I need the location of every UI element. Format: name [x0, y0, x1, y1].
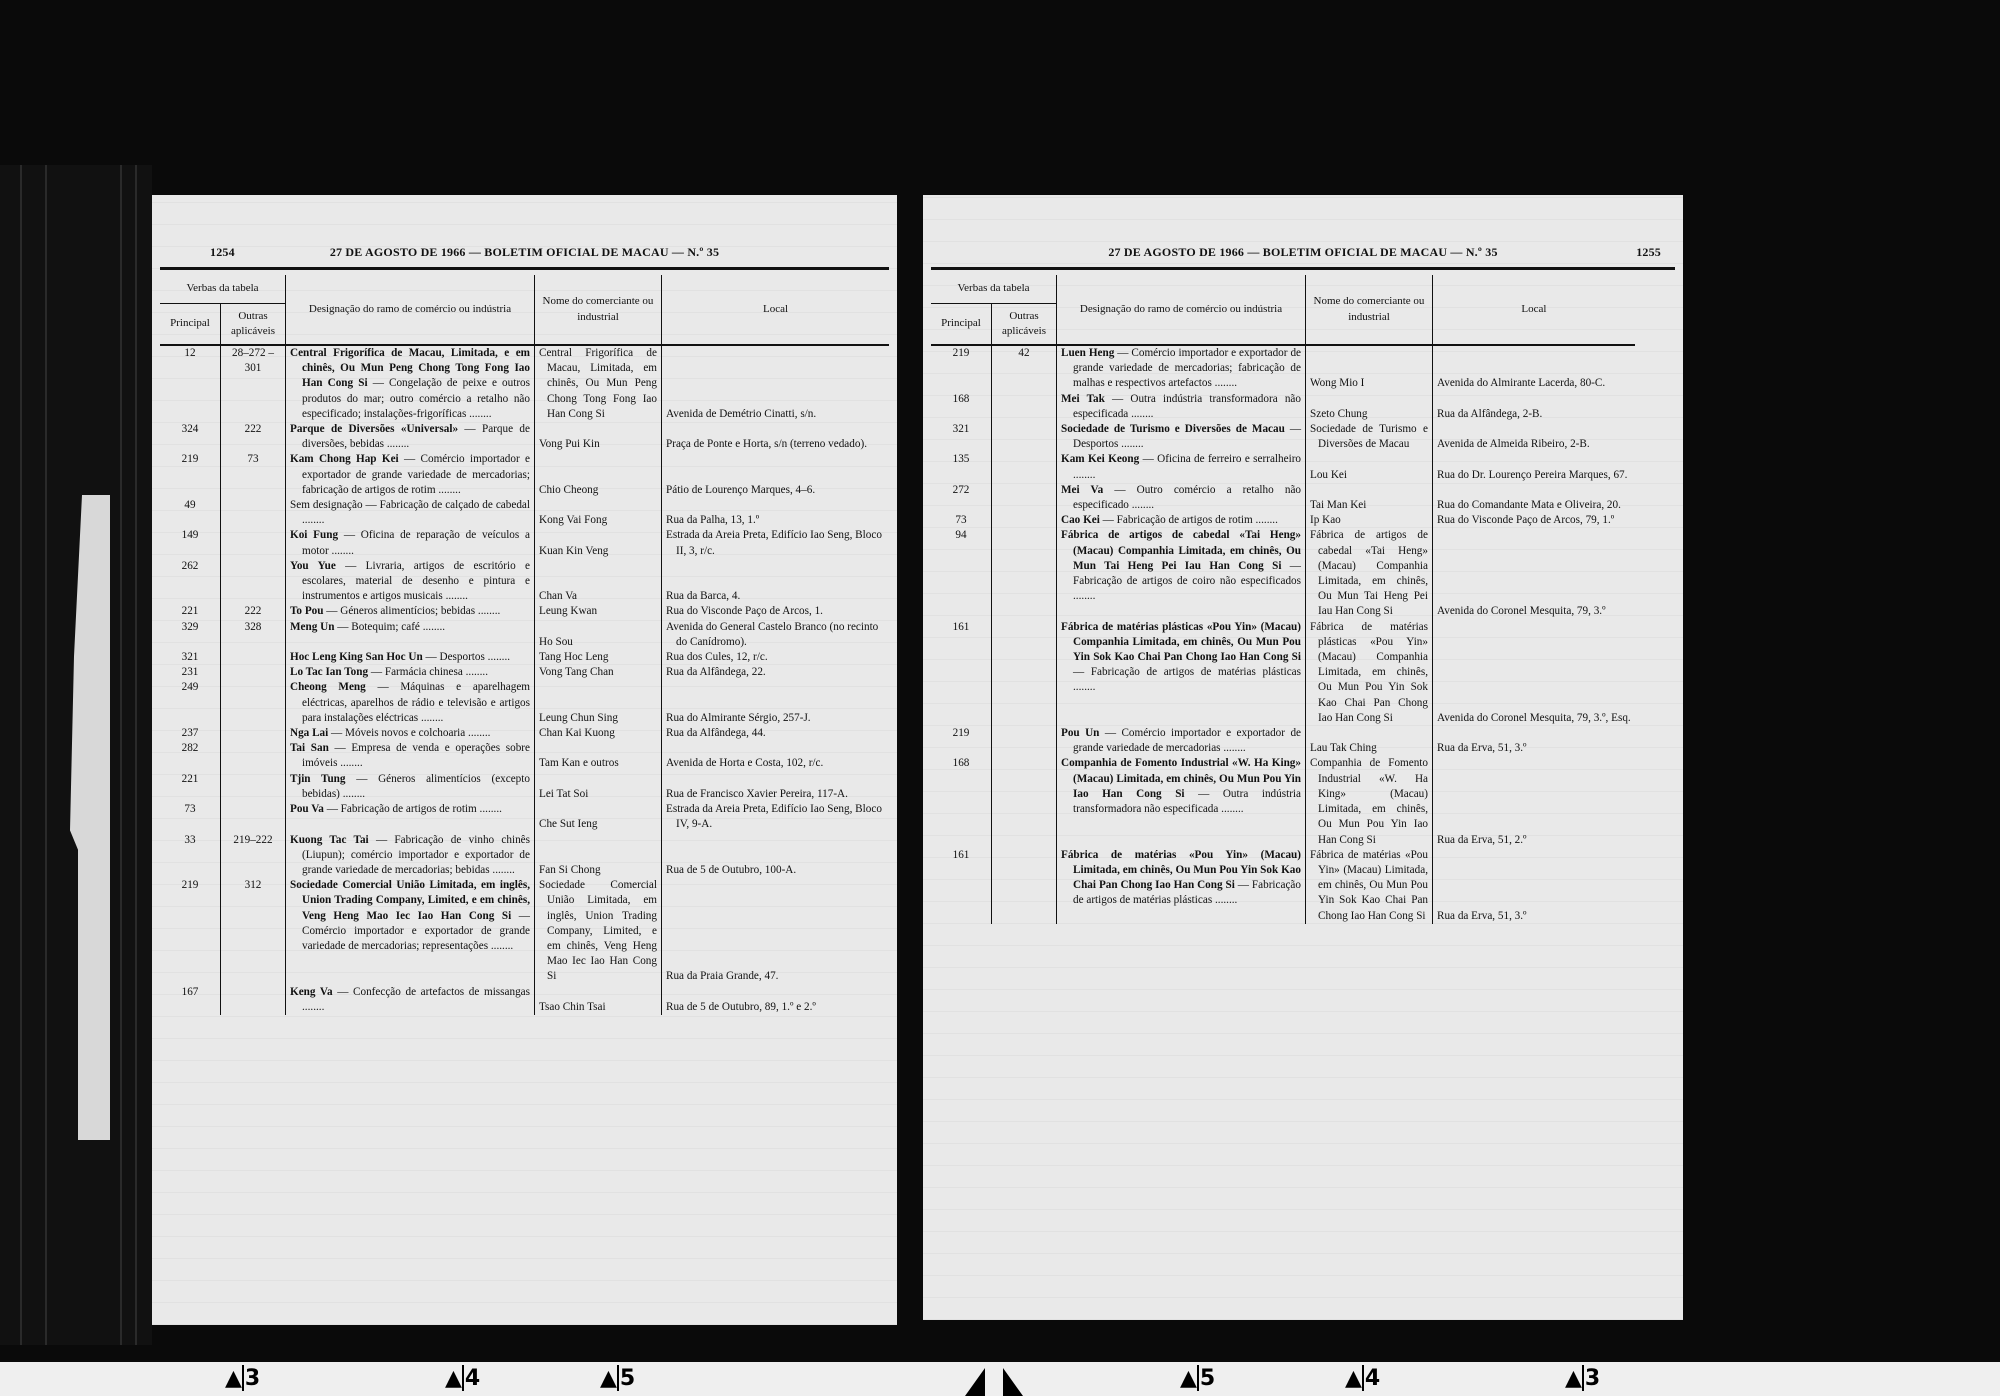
designacao-entry: Cao Kei — Fabricação de artigos de rotim…	[1061, 513, 1301, 528]
business-name: Sociedade Comercial União Limitada, em i…	[290, 879, 530, 921]
frame-marker: ▲5	[600, 1365, 635, 1391]
table-row: 237Nga Lai — Móveis novos e colchoaria .…	[160, 726, 889, 741]
verba-principal: 219	[935, 346, 987, 361]
frame-marker: ▲4	[445, 1365, 480, 1391]
col-outras: Outras aplicáveis	[992, 303, 1057, 345]
location: Rua da Praia Grande, 47.	[666, 969, 885, 984]
verba-principal: 168	[935, 756, 987, 771]
proprietor-name: Vong Pui Kin	[539, 437, 657, 452]
proprietor-name: Fábrica de matérias «Pou Yin» (Macau) Li…	[1310, 848, 1428, 924]
proprietor-name: Chan Kai Kuong	[539, 726, 657, 741]
table-row: 21942Luen Heng — Comércio importador e e…	[931, 345, 1635, 392]
table-row: 168Companhia de Fomento Industrial «W. H…	[931, 756, 1635, 847]
verba-principal: 161	[935, 620, 987, 635]
verba-principal: 12	[164, 346, 216, 361]
col-group-verbas: Verbas da tabela	[160, 275, 286, 303]
proprietor-name: Ho Sou	[539, 635, 657, 650]
verba-principal: 219	[164, 452, 216, 467]
business-name: Cao Kei	[1061, 514, 1100, 526]
table-row: 219312Sociedade Comercial União Limitada…	[160, 878, 889, 984]
verba-principal: 221	[164, 604, 216, 619]
verba-outras: 28–272 –301	[225, 346, 281, 376]
business-activity: — Livraria, artigos de escritório e esco…	[302, 560, 530, 602]
business-activity: — Desportos	[423, 651, 485, 663]
location: Estrada da Areia Preta, Edifício Iao Sen…	[666, 528, 885, 558]
business-activity: — Fabricação de artigos de rotim	[1100, 514, 1253, 526]
location: Avenida de Horta e Costa, 102, r/c.	[666, 756, 885, 771]
designacao-entry: You Yue — Livraria, artigos de escritóri…	[290, 559, 530, 605]
col-outras: Outras aplicáveis	[221, 303, 286, 345]
business-activity: — Confecção de artefactos de missangas	[333, 986, 530, 998]
table-row: 135Kam Kei Keong — Oficina de ferreiro e…	[931, 452, 1635, 482]
proprietor-name: Companhia de Fomento Industrial «W. Ha K…	[1310, 756, 1428, 847]
location: Rua da Barca, 4.	[666, 589, 885, 604]
business-name: Kuong Tac Tai	[290, 834, 369, 846]
business-activity: — Fabricação de artigos de rotim	[324, 803, 477, 815]
location: Rua da Palha, 13, 1.º	[666, 513, 885, 528]
proprietor-name: Kong Vai Fong	[539, 513, 657, 528]
business-activity: — Farmácia chinesa	[368, 666, 463, 678]
verba-outras: 42	[996, 346, 1052, 361]
verba-principal: 149	[164, 528, 216, 543]
proprietor-name: Vong Tang Chan	[539, 665, 657, 680]
designacao-entry: Parque de Diversões «Universal» — Parque…	[290, 422, 530, 452]
business-name: You Yue	[290, 560, 336, 572]
running-head-title: 27 DE AGOSTO DE 1966 — BOLETIM OFICIAL D…	[923, 245, 1683, 260]
verba-principal: 94	[935, 528, 987, 543]
location: Rua do Comandante Mata e Oliveira, 20.	[1437, 498, 1631, 513]
table-row: 219Pou Un — Comércio importador e export…	[931, 726, 1635, 756]
verba-principal: 237	[164, 726, 216, 741]
business-name: Kam Chong Hap Kei	[290, 453, 399, 465]
verba-outras: 222	[225, 422, 281, 437]
business-activity: — Fabricação de artigos de matérias plás…	[1073, 666, 1301, 678]
location: Rua dos Cules, 12, r/c.	[666, 650, 885, 665]
business-name: Kam Kei Keong	[1061, 453, 1139, 465]
proprietor-name: Chio Cheong	[539, 483, 657, 498]
business-activity: — Oficina de ferreiro e serralheiro	[1139, 453, 1301, 465]
proprietor-name: Leung Kwan	[539, 604, 657, 619]
frame-marker: ▲5	[1180, 1365, 1215, 1391]
designacao-entry: Pou Un — Comércio importador e exportado…	[1061, 726, 1301, 756]
verba-principal: 168	[935, 392, 987, 407]
proprietor-name: Sociedade Comercial União Limitada, em i…	[539, 878, 657, 984]
table-row: 282Tai San — Empresa de venda e operaçõe…	[160, 741, 889, 771]
business-name: Tjin Tung	[290, 773, 346, 785]
frame-marker: ▲4	[1345, 1365, 1380, 1391]
business-name: Fábrica de matérias plásticas «Pou Yin» …	[1061, 621, 1301, 663]
table-row: 221Tjin Tung — Géneros alimentícios (exc…	[160, 772, 889, 802]
verba-principal: 33	[164, 833, 216, 848]
table-row: 321Sociedade de Turismo e Diversões de M…	[931, 422, 1635, 452]
verba-principal: 49	[164, 498, 216, 513]
designacao-entry: Kuong Tac Tai — Fabricação de vinho chin…	[290, 833, 530, 879]
verba-outras: 219–222	[225, 833, 281, 848]
header-rule	[160, 267, 889, 270]
location: Rua do Almirante Sérgio, 257-J.	[666, 711, 885, 726]
proprietor-name: Lou Kei	[1310, 468, 1428, 483]
business-name: Lo Tac Ian Tong	[290, 666, 368, 678]
location: Avenida do Coronel Mesquita, 79, 3.º, Es…	[1437, 711, 1631, 726]
business-activity: — Móveis novos e colchoaria	[328, 727, 465, 739]
col-designacao: Designação do ramo de comércio ou indúst…	[1057, 275, 1306, 345]
proprietor-name: Ip Kao	[1310, 513, 1428, 528]
col-nome: Nome do comerciante ou industrial	[535, 275, 662, 345]
business-activity: — Botequim; café	[334, 621, 419, 633]
designacao-entry: Sem designação — Fabricação de calçado d…	[290, 498, 530, 528]
film-strip-bottom	[0, 1362, 2000, 1396]
designacao-entry: Hoc Leng King San Hoc Un — Desportos ...…	[290, 650, 530, 665]
proprietor-name: Tai Man Kei	[1310, 498, 1428, 513]
designacao-entry: Kam Chong Hap Kei — Comércio importador …	[290, 452, 530, 498]
proprietor-name: Fábrica de matérias plásticas «Pou Yin» …	[1310, 620, 1428, 726]
designacao-entry: Meng Un — Botequim; café ........	[290, 620, 530, 635]
table-row: 168Mei Tak — Outra indústria transformad…	[931, 392, 1635, 422]
verba-principal: 321	[935, 422, 987, 437]
location: Rua da Erva, 51, 3.º	[1437, 909, 1631, 924]
col-principal: Principal	[160, 303, 221, 345]
location: Rua de 5 de Outubro, 89, 1.º e 2.º	[666, 1000, 885, 1015]
table-row: 329328Meng Un — Botequim; café ........H…	[160, 620, 889, 650]
center-triangle-left	[965, 1368, 985, 1396]
business-name: Koi Fung	[290, 529, 338, 541]
designacao-entry: Cheong Meng — Máquinas e aparelhagem elé…	[290, 680, 530, 726]
running-head: 1254 27 DE AGOSTO DE 1966 — BOLETIM OFIC…	[152, 245, 897, 265]
designacao-entry: Fábrica de matérias «Pou Yin» (Macau) Li…	[1061, 848, 1301, 909]
business-name: Keng Va	[290, 986, 333, 998]
running-head: 27 DE AGOSTO DE 1966 — BOLETIM OFICIAL D…	[923, 245, 1683, 265]
film-edge-left	[0, 165, 152, 1345]
verba-principal: 329	[164, 620, 216, 635]
business-name: Meng Un	[290, 621, 334, 633]
table-row: 149Koi Fung — Oficina de reparação de ve…	[160, 528, 889, 558]
verba-principal: 135	[935, 452, 987, 467]
business-name: Hoc Leng King San Hoc Un	[290, 651, 423, 663]
designacao-entry: Sociedade de Turismo e Diversões de Maca…	[1061, 422, 1301, 452]
business-name: Tai San	[290, 742, 329, 754]
proprietor-name: Tam Kan e outros	[539, 756, 657, 771]
location: Estrada da Areia Preta, Edifício Iao Sen…	[666, 802, 885, 832]
frame-marker: ▲3	[1565, 1365, 1600, 1391]
location: Rua da Alfândega, 2-B.	[1437, 407, 1631, 422]
verba-principal: 324	[164, 422, 216, 437]
proprietor-name: Kuan Kin Veng	[539, 544, 657, 559]
table-row: 167Keng Va — Confecção de artefactos de …	[160, 985, 889, 1015]
table-row: 33219–222Kuong Tac Tai — Fabricação de v…	[160, 833, 889, 879]
designacao-entry: Sociedade Comercial União Limitada, em i…	[290, 878, 530, 954]
designacao-entry: Kam Kei Keong — Oficina de ferreiro e se…	[1061, 452, 1301, 482]
col-local: Local	[1433, 275, 1635, 345]
designacao-entry: Lo Tac Ian Tong — Farmácia chinesa .....…	[290, 665, 530, 680]
business-name: To Pou	[290, 605, 323, 617]
location: Avenida do Coronel Mesquita, 79, 3.º	[1437, 604, 1631, 619]
business-activity: — Empresa de venda e operações sobre imó…	[302, 742, 530, 769]
business-activity: — Géneros alimentícios; bebidas	[323, 605, 475, 617]
location: Avenida de Almeida Ribeiro, 2-B.	[1437, 437, 1631, 452]
table-row: 49Sem designação — Fabricação de calçado…	[160, 498, 889, 528]
designacao-entry: Fábrica de matérias plásticas «Pou Yin» …	[1061, 620, 1301, 696]
verba-principal: 262	[164, 559, 216, 574]
designacao-entry: Mei Va — Outro comércio a retalho não es…	[1061, 483, 1301, 513]
table-row: 249Cheong Meng — Máquinas e aparelhagem …	[160, 680, 889, 726]
table-row: 73Cao Kei — Fabricação de artigos de rot…	[931, 513, 1635, 528]
designacao-entry: Tai San — Empresa de venda e operações s…	[290, 741, 530, 771]
verba-outras: 73	[225, 452, 281, 467]
proprietor-name: Tsao Chin Tsai	[539, 1000, 657, 1015]
designacao-entry: Central Frigorífica de Macau, Limitada, …	[290, 346, 530, 422]
verba-principal: 219	[164, 878, 216, 893]
page-number: 1255	[1636, 245, 1661, 260]
location: Avenida do General Castelo Branco (no re…	[666, 620, 885, 650]
designacao-entry: Nga Lai — Móveis novos e colchoaria ....…	[290, 726, 530, 741]
verba-principal: 282	[164, 741, 216, 756]
location: Rua da Alfândega, 44.	[666, 726, 885, 741]
col-designacao: Designação do ramo de comércio ou indúst…	[286, 275, 535, 345]
location: Avenida do Almirante Lacerda, 80-C.	[1437, 376, 1631, 391]
location: Pátio de Lourenço Marques, 4–6.	[666, 483, 885, 498]
location: Rua da Alfândega, 22.	[666, 665, 885, 680]
designacao-entry: Pou Va — Fabricação de artigos de rotim …	[290, 802, 530, 817]
location: Rua do Visconde Paço de Arcos, 79, 1.º	[1437, 513, 1631, 528]
location: Rua do Visconde Paço de Arcos, 1.	[666, 604, 885, 619]
business-name: Parque de Diversões «Universal»	[290, 423, 458, 435]
designacao-entry: Luen Heng — Comércio importador e export…	[1061, 346, 1301, 392]
designacao-entry: Koi Fung — Oficina de reparação de veícu…	[290, 528, 530, 558]
header-rule	[931, 267, 1675, 270]
business-activity: — Outra indústria transformadora não esp…	[1073, 393, 1301, 420]
business-name: Pou Un	[1061, 727, 1099, 739]
designacao-entry: Keng Va — Confecção de artefactos de mis…	[290, 985, 530, 1015]
verba-principal: 321	[164, 650, 216, 665]
verba-principal: 249	[164, 680, 216, 695]
col-principal: Principal	[931, 303, 992, 345]
business-name: Fábrica de artigos de cabedal «Tai Heng»…	[1061, 529, 1301, 571]
verba-principal: 73	[935, 513, 987, 528]
table-row: 161Fábrica de matérias «Pou Yin» (Macau)…	[931, 848, 1635, 924]
business-activity: Sem designação — Fabricação de calçado d…	[290, 499, 530, 511]
proprietor-name: Fan Si Chong	[539, 863, 657, 878]
verba-principal: 219	[935, 726, 987, 741]
verba-principal: 221	[164, 772, 216, 787]
table-row: 324222Parque de Diversões «Universal» — …	[160, 422, 889, 452]
verba-outras: 312	[225, 878, 281, 893]
business-name: Sociedade de Turismo e Diversões de Maca…	[1061, 423, 1285, 435]
verba-principal: 73	[164, 802, 216, 817]
table-row: 94Fábrica de artigos de cabedal «Tai Hen…	[931, 528, 1635, 619]
business-name: Mei Tak	[1061, 393, 1105, 405]
business-activity: — Comércio importador e exportador de gr…	[1073, 727, 1301, 754]
designacao-entry: Companhia de Fomento Industrial «W. Ha K…	[1061, 756, 1301, 817]
table-row: 1228–272 –301Central Frigorífica de Maca…	[160, 345, 889, 422]
verba-principal: 231	[164, 665, 216, 680]
proprietor-name: Wong Mio I	[1310, 376, 1428, 391]
table-row: 231Lo Tac Ian Tong — Farmácia chinesa ..…	[160, 665, 889, 680]
table-row: 221222To Pou — Géneros alimentícios; beb…	[160, 604, 889, 619]
table-row: 161Fábrica de matérias plásticas «Pou Yi…	[931, 620, 1635, 726]
business-name: Nga Lai	[290, 727, 328, 739]
film-tab	[70, 495, 110, 1140]
table-row: 21973Kam Chong Hap Kei — Comércio import…	[160, 452, 889, 498]
proprietor-name: Lau Tak Ching	[1310, 741, 1428, 756]
location: Rua da Erva, 51, 3.º	[1437, 741, 1631, 756]
proprietor-name: Leung Chun Sing	[539, 711, 657, 726]
frame-marker: ▲3	[225, 1365, 260, 1391]
table-row: 262You Yue — Livraria, artigos de escrit…	[160, 559, 889, 605]
location: Praça de Ponte e Horta, s/n (terreno ved…	[666, 437, 885, 452]
proprietor-name: Lei Tat Soi	[539, 787, 657, 802]
location: Avenida de Demétrio Cinatti, s/n.	[666, 407, 885, 422]
ledger-table: Verbas da tabela Designação do ramo de c…	[931, 275, 1635, 924]
proprietor-name: Chan Va	[539, 589, 657, 604]
col-nome: Nome do comerciante ou industrial	[1306, 275, 1433, 345]
designacao-entry: To Pou — Géneros alimentícios; bebidas .…	[290, 604, 530, 619]
business-name: Mei Va	[1061, 484, 1103, 496]
col-local: Local	[662, 275, 890, 345]
location: Rua do Dr. Lourenço Pereira Marques, 67.	[1437, 468, 1631, 483]
designacao-entry: Tjin Tung — Géneros alimentícios (except…	[290, 772, 530, 802]
proprietor-name: Fábrica de artigos de cabedal «Tai Heng»…	[1310, 528, 1428, 619]
verba-principal: 167	[164, 985, 216, 1000]
designacao-entry: Fábrica de artigos de cabedal «Tai Heng»…	[1061, 528, 1301, 604]
location: Rua de Francisco Xavier Pereira, 117-A.	[666, 787, 885, 802]
business-activity: — Outro comércio a retalho não especific…	[1073, 484, 1301, 511]
business-name: Luen Heng	[1061, 347, 1114, 359]
verba-outras: 222	[225, 604, 281, 619]
table-row: 73Pou Va — Fabricação de artigos de roti…	[160, 802, 889, 832]
location: Rua de 5 de Outubro, 100-A.	[666, 863, 885, 878]
col-group-verbas: Verbas da tabela	[931, 275, 1057, 303]
left-page: 1254 27 DE AGOSTO DE 1966 — BOLETIM OFIC…	[152, 195, 897, 1325]
right-page: 27 DE AGOSTO DE 1966 — BOLETIM OFICIAL D…	[923, 195, 1683, 1320]
proprietor-name: Tang Hoc Leng	[539, 650, 657, 665]
designacao-entry: Mei Tak — Outra indústria transformadora…	[1061, 392, 1301, 422]
business-name: Pou Va	[290, 803, 324, 815]
table-row: 321Hoc Leng King San Hoc Un — Desportos …	[160, 650, 889, 665]
table-row: 272Mei Va — Outro comércio a retalho não…	[931, 483, 1635, 513]
business-name: Cheong Meng	[290, 681, 366, 693]
proprietor-name: Central Frigorífica de Macau, Limitada, …	[539, 346, 657, 422]
center-triangle-right	[1003, 1368, 1023, 1396]
proprietor-name: Szeto Chung	[1310, 407, 1428, 422]
running-head-title: 27 DE AGOSTO DE 1966 — BOLETIM OFICIAL D…	[152, 245, 897, 260]
proprietor-name: Sociedade de Turismo e Diversões de Maca…	[1310, 422, 1428, 452]
verba-principal: 161	[935, 848, 987, 863]
ledger-table: Verbas da tabela Designação do ramo de c…	[160, 275, 889, 1015]
location: Rua da Erva, 51, 2.º	[1437, 833, 1631, 848]
verba-principal: 272	[935, 483, 987, 498]
proprietor-name: Che Sut Ieng	[539, 817, 657, 832]
verba-outras: 328	[225, 620, 281, 635]
